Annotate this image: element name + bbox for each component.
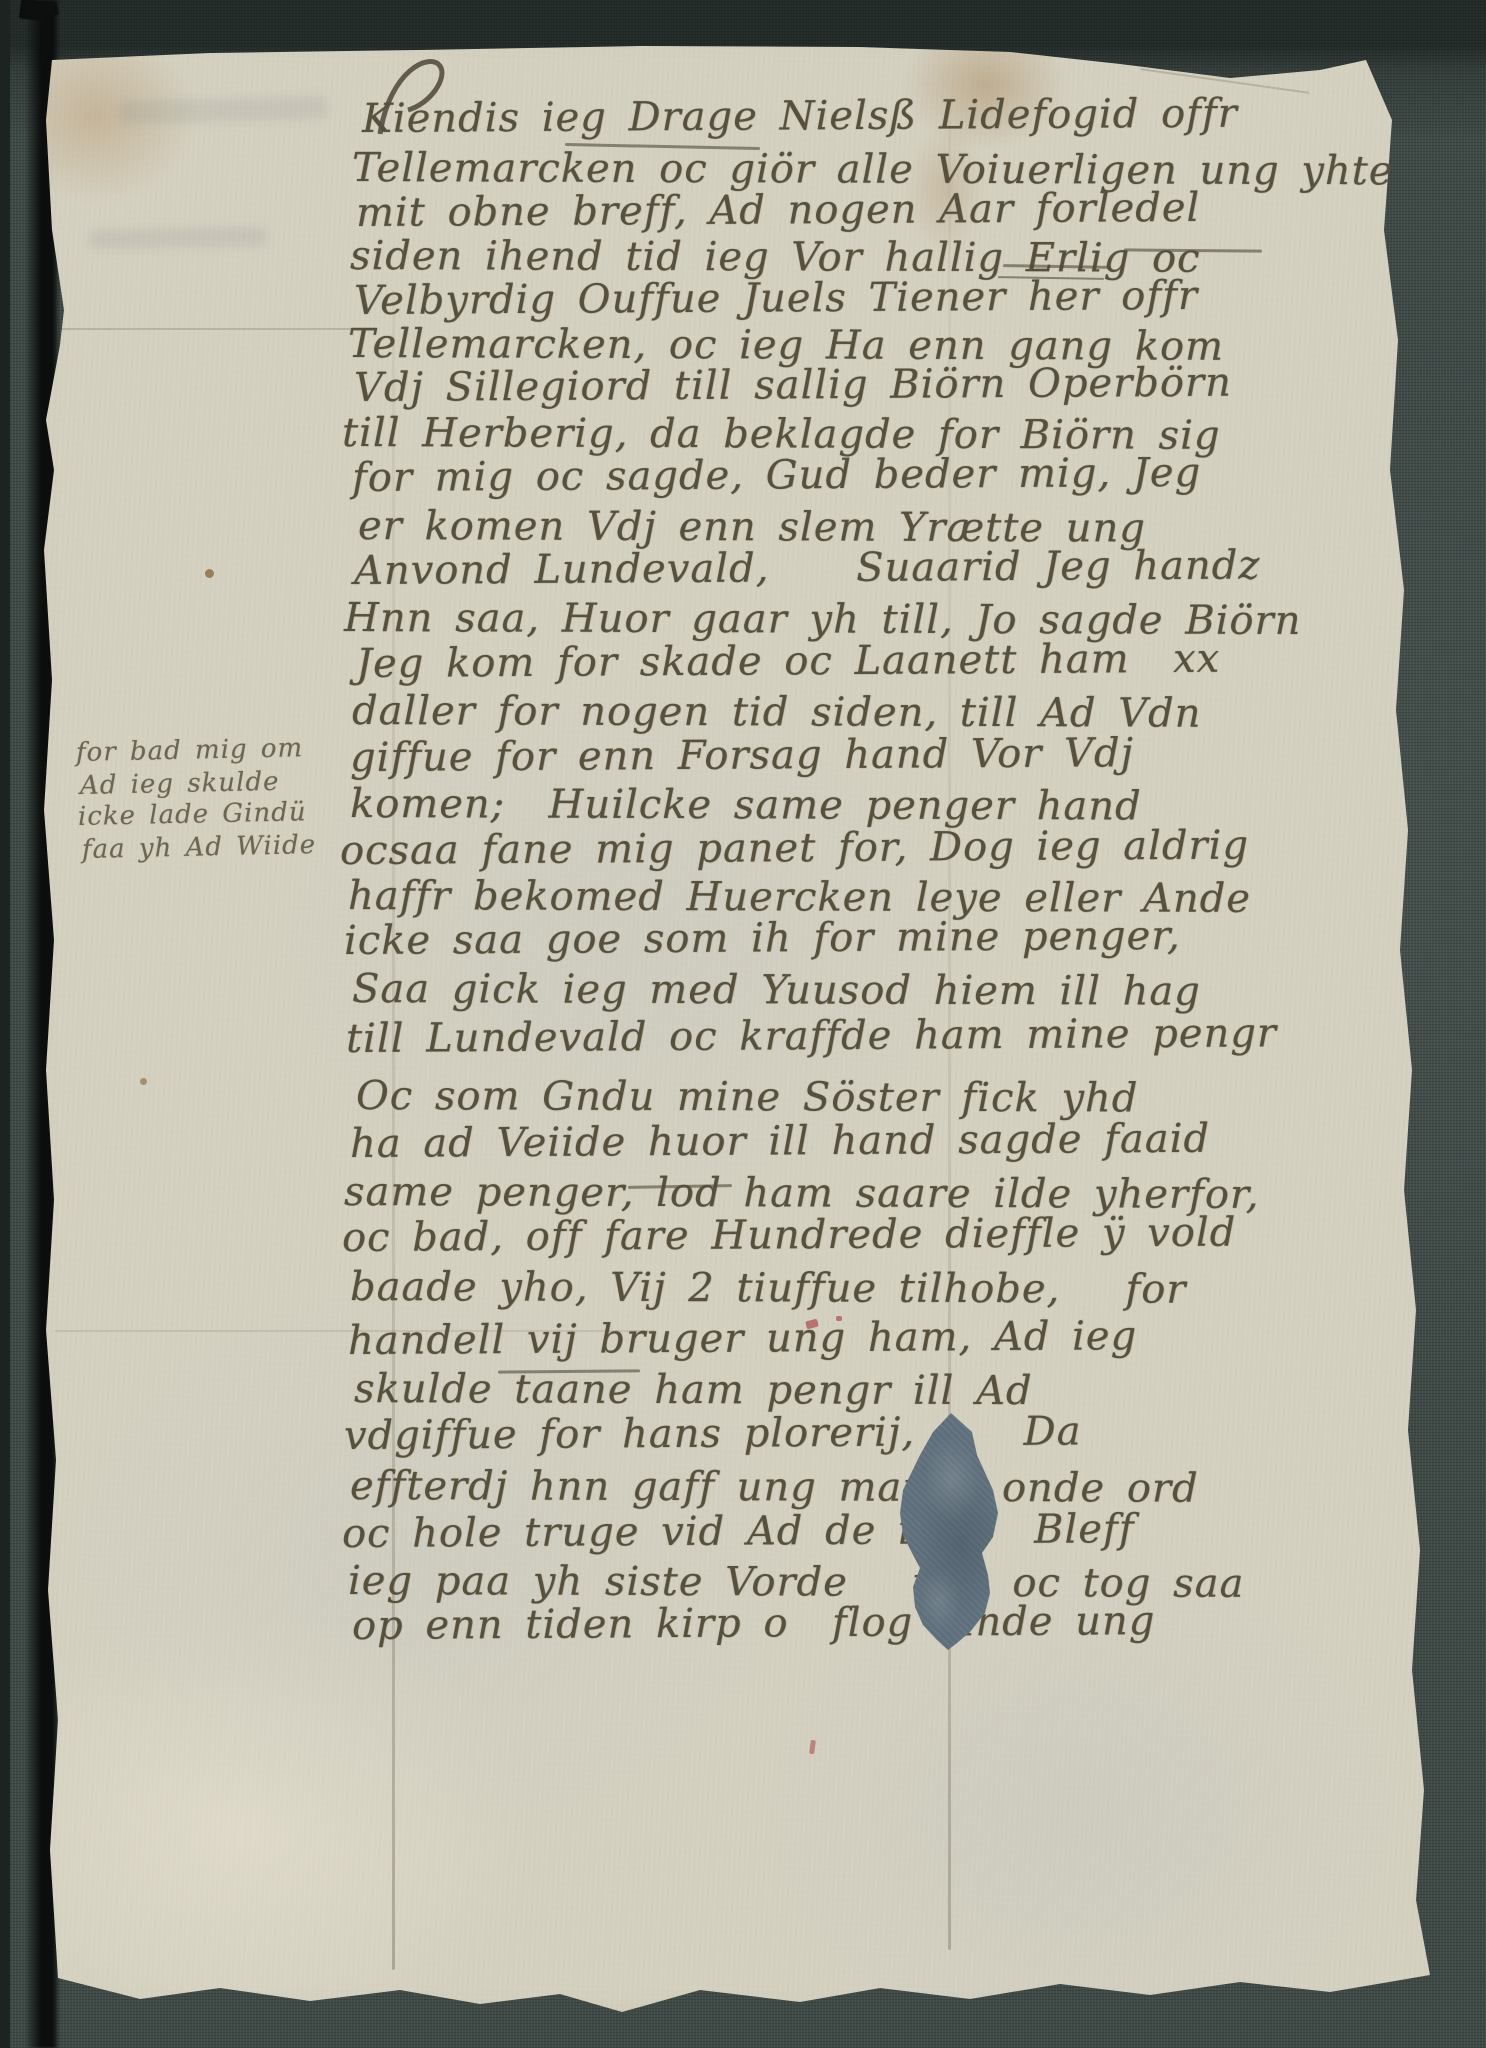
manuscript-line: daller for nogen tid siden, till Ad Vdn (352, 689, 1202, 736)
manuscript-line: ocsaa fane mig panet for, Dog ieg aldrig (340, 823, 1249, 873)
manuscript-line: effterdj hnn gaff ung mange onde ord (350, 1464, 1199, 1511)
margin-note-line: for bad mig om (76, 733, 304, 768)
manuscript-line: Jeg kom for skade oc Laanett ham xx (356, 637, 1220, 686)
manuscript-line: Anvond Lundevald, Suaarid Jeg handz (354, 543, 1261, 593)
manuscript-line: baade yho, Vij 2 tiuffue tilhobe, for (350, 1265, 1187, 1312)
manuscript-line: Vdj Sillegiord till sallig Biörn Operbör… (354, 361, 1232, 410)
manuscript-line: komen; Huilcke same penger hand (350, 782, 1142, 828)
manuscript-line: till Lundevald oc kraffde ham mine pengr (346, 1011, 1277, 1061)
manuscript-line: for mig oc sagde, Gud beder mig, Jeg (352, 451, 1201, 500)
manuscript-line: skulde taane ham pengr ill Ad (354, 1367, 1033, 1413)
margin-note-line: Ad ieg skulde (80, 767, 280, 801)
manuscript-line: ha ad Veiide huor ill hand sagde faaid (350, 1117, 1210, 1166)
manuscript-line: icke saa goe som ih for mine penger, (344, 914, 1181, 963)
manuscript-line: giffue for enn Forsag hand Vor Vdj (350, 731, 1134, 780)
manuscript-line: op enn tiden kirp o flog hinde ung (352, 1599, 1156, 1648)
manuscript-line: handell vij bruger ung ham, Ad ieg (348, 1314, 1137, 1363)
manuscript-line: Kiendis ieg Drage Nielsß Lidefogid offr (362, 92, 1238, 141)
archive-photo: Kiendis ieg Drage Nielsß Lidefogid offr … (0, 0, 1486, 2048)
manuscript-line: oc hole truge vid Ad de ilde, Bleff (342, 1507, 1135, 1556)
manuscript-text-block: Kiendis ieg Drage Nielsß Lidefogid offr … (0, 0, 1486, 2048)
manuscript-line: Velbyrdig Ouffue Juels Tiener her offr (354, 274, 1198, 323)
manuscript-line: Saa gick ieg med Yuusod hiem ill hag (352, 967, 1201, 1014)
margin-note-line: icke lade Gindü (78, 797, 307, 832)
manuscript-line: mit obne breff, Ad nogen Aar forledel (356, 186, 1201, 235)
manuscript-line: Oc som Gndu mine Söster fick yhd (356, 1074, 1138, 1120)
manuscript-line: oc bad, off fare Hundrede dieffle ÿ vold (342, 1211, 1237, 1260)
margin-note-line: faa yh Ad Wiide (82, 830, 317, 865)
